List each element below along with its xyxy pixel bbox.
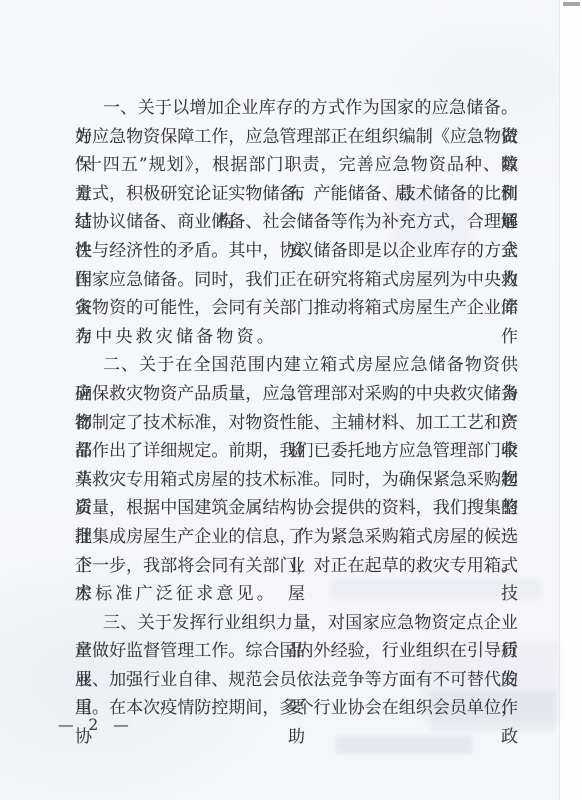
scan-corner-mark	[563, 2, 580, 6]
text-line: 性与经济性的矛盾。其中，协议储备即是以企业库存的方式作为	[75, 237, 518, 266]
text-line: 二、关于在全国范围内建立箱式房屋应急储备物资供应。为	[75, 351, 518, 380]
text-line: 展、加强行业自律、规范会员依法竞争等方面有不可替代的重要作	[75, 666, 518, 695]
text-line: 都作出了详细规定。前期，我们已委托地方应急管理部门牵头起	[75, 437, 518, 466]
text-line: 草救灾专用箱式房屋的技术标准。同时，为确保紧急采购物资的	[75, 466, 518, 495]
text-line: 下一步，我部将会同有关部门，对正在起草的救灾专用箱式房屋技	[75, 552, 518, 581]
text-line: 好应急物资保障工作，应急管理部正在组织编制《应急物资保障	[75, 123, 518, 152]
text-line: 批集成房屋生产企业的信息，作为紧急采购箱式房屋的候选企业。	[75, 523, 518, 552]
text-line: “十四五”规划》，根据部门职责，完善应急物资品种、数量、布局和	[75, 151, 518, 180]
text-line: 质量，根据中国建筑金属结构协会提供的资料，我们搜集整理了一	[75, 494, 518, 523]
text-line: 量做好监督管理工作。综合国内外经验，行业组织在引导行业发	[75, 637, 518, 666]
text-line: 备物资的可能性，会同有关部门推动将箱式房屋生产企业库存作	[75, 294, 518, 323]
scanned-page: 一、关于以增加企业库存的方式作为国家的应急储备。为做好应急物资保障工作，应急管理…	[0, 0, 582, 800]
page-number: — 2 —	[58, 716, 134, 734]
scanner-edge-strip	[559, 0, 582, 800]
document-body: 一、关于以增加企业库存的方式作为国家的应急储备。为做好应急物资保障工作，应急管理…	[75, 94, 518, 723]
text-line: 确保救灾物资产品质量，应急管理部对采购的中央救灾储备物资	[75, 380, 518, 409]
text-line: 一、关于以增加企业库存的方式作为国家的应急储备。为做	[75, 94, 518, 123]
text-line: 方式，积极研究论证实物储备、产能储备、技术储备的比例结构，通	[75, 180, 518, 209]
text-line: 都制定了技术标准，对物资性能、主辅材料、加工工艺和产品验收	[75, 409, 518, 438]
text-line: 国家应急储备。同时，我们正在研究将箱式房屋列为中央救灾储	[75, 266, 518, 295]
text-line: 过协议储备、商业储备、社会储备等作为补充方式，合理解决安全	[75, 208, 518, 237]
text-line: 三、关于发挥行业组织力量，对国家应急物资定点企业产品质	[75, 609, 518, 638]
text-line: 用。在本次疫情防控期间，多个行业协会在组织会员单位，协助政	[75, 694, 518, 723]
